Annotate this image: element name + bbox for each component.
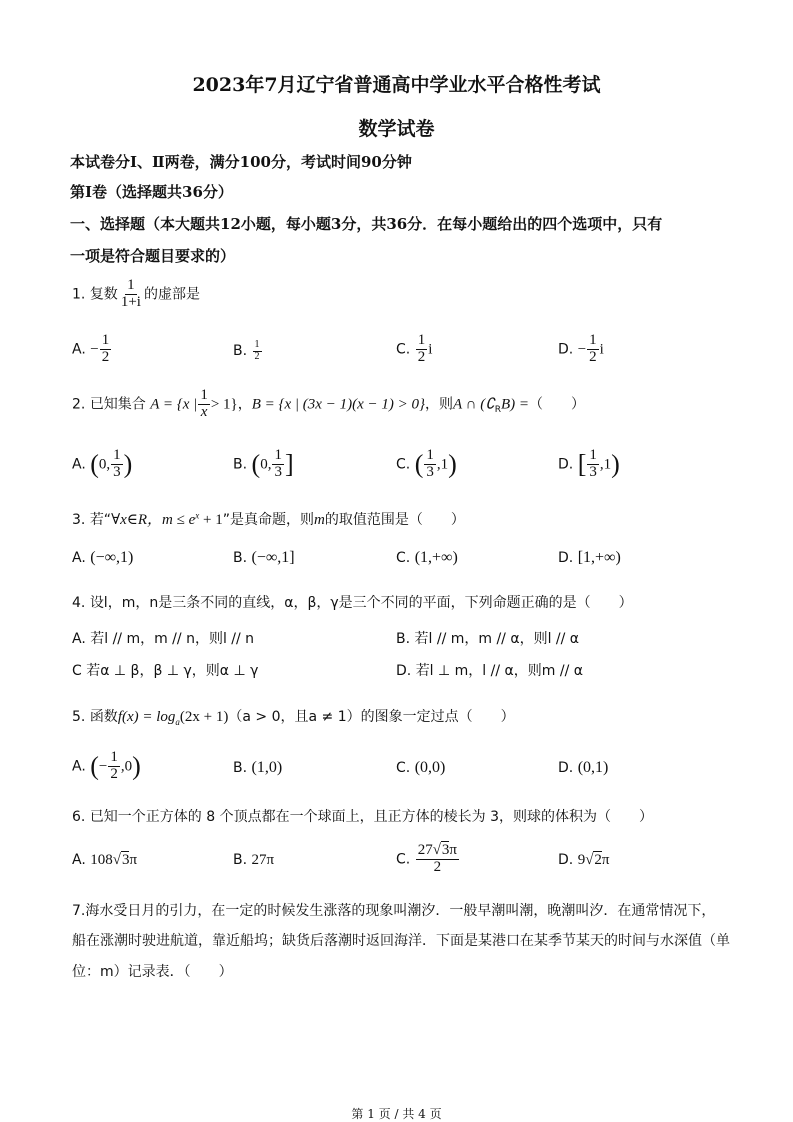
option-5a[interactable]: A. (−12,0)	[72, 750, 141, 783]
option-4a[interactable]: A. 若l // m，m // n，则l // n	[72, 628, 254, 648]
question-text: 海水受日月的引力，在一定的时候发生涨落的现象叫潮汐．一般早潮叫潮，晚潮叫汐．在通…	[85, 903, 715, 919]
question-number: 7.	[72, 903, 85, 919]
option-4d[interactable]: D. 若l ⊥ m，l // α，则m // α	[396, 660, 583, 680]
option-4b[interactable]: B. 若l // m，m // α，则l // α	[396, 628, 579, 648]
set-a-expression: A = {x |	[150, 396, 197, 412]
option-5b[interactable]: B. (1,0)	[233, 759, 282, 777]
question-7-line2: 船在涨潮时驶进航道，靠近船坞；缺货后落潮时返回海洋．下面是某港口在某季节某天的时…	[72, 930, 730, 950]
answer-blank: （ ）	[529, 396, 585, 412]
option-6b[interactable]: B. 27π	[233, 852, 274, 869]
option-6c[interactable]: C. 27√3π2	[396, 843, 460, 876]
part-heading-line1: 一、选择题（本大题共12小题，每小题3分，共36分．在每小题给出的四个选项中，只…	[70, 213, 662, 234]
question-text: 已知集合	[90, 396, 146, 412]
option-6d[interactable]: D. 9√2π	[558, 852, 610, 869]
option-5d[interactable]: D. (0,1)	[558, 759, 608, 777]
exam-instructions: 本试卷分Ⅰ、Ⅱ两卷，满分100分，考试时间90分钟	[70, 151, 412, 172]
option-2c[interactable]: C. (13,1)	[396, 448, 457, 481]
fraction: 11+i	[119, 278, 143, 311]
option-5c[interactable]: C. (0,0)	[396, 759, 445, 777]
question-7-line3: 位：m）记录表．（ ）	[72, 961, 233, 981]
question-1: 1. 复数11+i的虚部是	[72, 278, 200, 311]
exam-title: 2023年7月辽宁省普通高中学业水平合格性考试	[0, 70, 793, 97]
option-1d[interactable]: D. −12i	[558, 333, 604, 366]
question-text: 的虚部是	[144, 286, 200, 302]
option-3a[interactable]: A. (−∞,1)	[72, 549, 133, 567]
option-3d[interactable]: D. [1,+∞)	[558, 549, 621, 567]
exam-subtitle: 数学试卷	[0, 114, 793, 141]
option-1a[interactable]: A. −12	[72, 333, 112, 366]
question-number: 1.	[72, 286, 85, 302]
question-number: 3.	[72, 512, 85, 528]
question-7: 7.海水受日月的引力，在一定的时候发生涨落的现象叫潮汐．一般早潮叫潮，晚潮叫汐．…	[72, 900, 715, 920]
question-6: 6. 已知一个正方体的 8 个顶点都在一个球面上，且正方体的棱长为 3，则球的体…	[72, 806, 653, 826]
question-5: 5. 函数f(x) = loga(2x + 1)（a > 0，且a ≠ 1）的图…	[72, 706, 515, 727]
question-text: 复数	[90, 286, 118, 302]
option-2b[interactable]: B. (0,13]	[233, 448, 294, 481]
option-2a[interactable]: A. (0,13)	[72, 448, 132, 481]
question-number: 5.	[72, 709, 85, 725]
set-b-expression: B = {x | (3x − 1)(x − 1) > 0}	[252, 396, 425, 412]
option-1b[interactable]: B. 12	[233, 340, 263, 362]
page-number: 第 1 页 / 共 4 页	[0, 1105, 793, 1122]
question-number: 6.	[72, 809, 85, 825]
question-4: 4. 设l，m，n是三条不同的直线，α，β，γ是三个不同的平面，下列命题正确的是…	[72, 592, 633, 612]
question-text: 已知一个正方体的 8 个顶点都在一个球面上，且正方体的棱长为 3，则球的体积为（…	[90, 809, 653, 825]
math-expression: f(x) = log	[118, 709, 176, 725]
question-number: 2.	[72, 396, 85, 412]
math-expression: ∀x∈R，m ≤ e	[111, 512, 195, 528]
question-3: 3. 若“∀x∈R，m ≤ ex + 1”是真命题，则m的取值范围是（ ）	[72, 508, 465, 529]
part-heading-line2: 一项是符合题目要求的）	[70, 245, 235, 266]
option-2d[interactable]: D. [13,1)	[558, 448, 620, 481]
question-text: 设l，m，n是三条不同的直线，α，β，γ是三个不同的平面，下列命题正确的是（ ）	[90, 595, 633, 611]
section-heading: 第Ⅰ卷（选择题共36分）	[70, 181, 233, 202]
question-2: 2. 已知集合 A = {x |1x> 1}，B = {x | (3x − 1)…	[72, 388, 585, 421]
option-3c[interactable]: C. (1,+∞)	[396, 549, 458, 567]
question-number: 4.	[72, 595, 85, 611]
option-3b[interactable]: B. (−∞,1]	[233, 549, 295, 567]
option-4c[interactable]: C 若α ⊥ β，β ⊥ γ，则α ⊥ γ	[72, 660, 258, 680]
option-6a[interactable]: A. 108√3π	[72, 852, 137, 869]
option-1c[interactable]: C. 12i	[396, 333, 432, 366]
